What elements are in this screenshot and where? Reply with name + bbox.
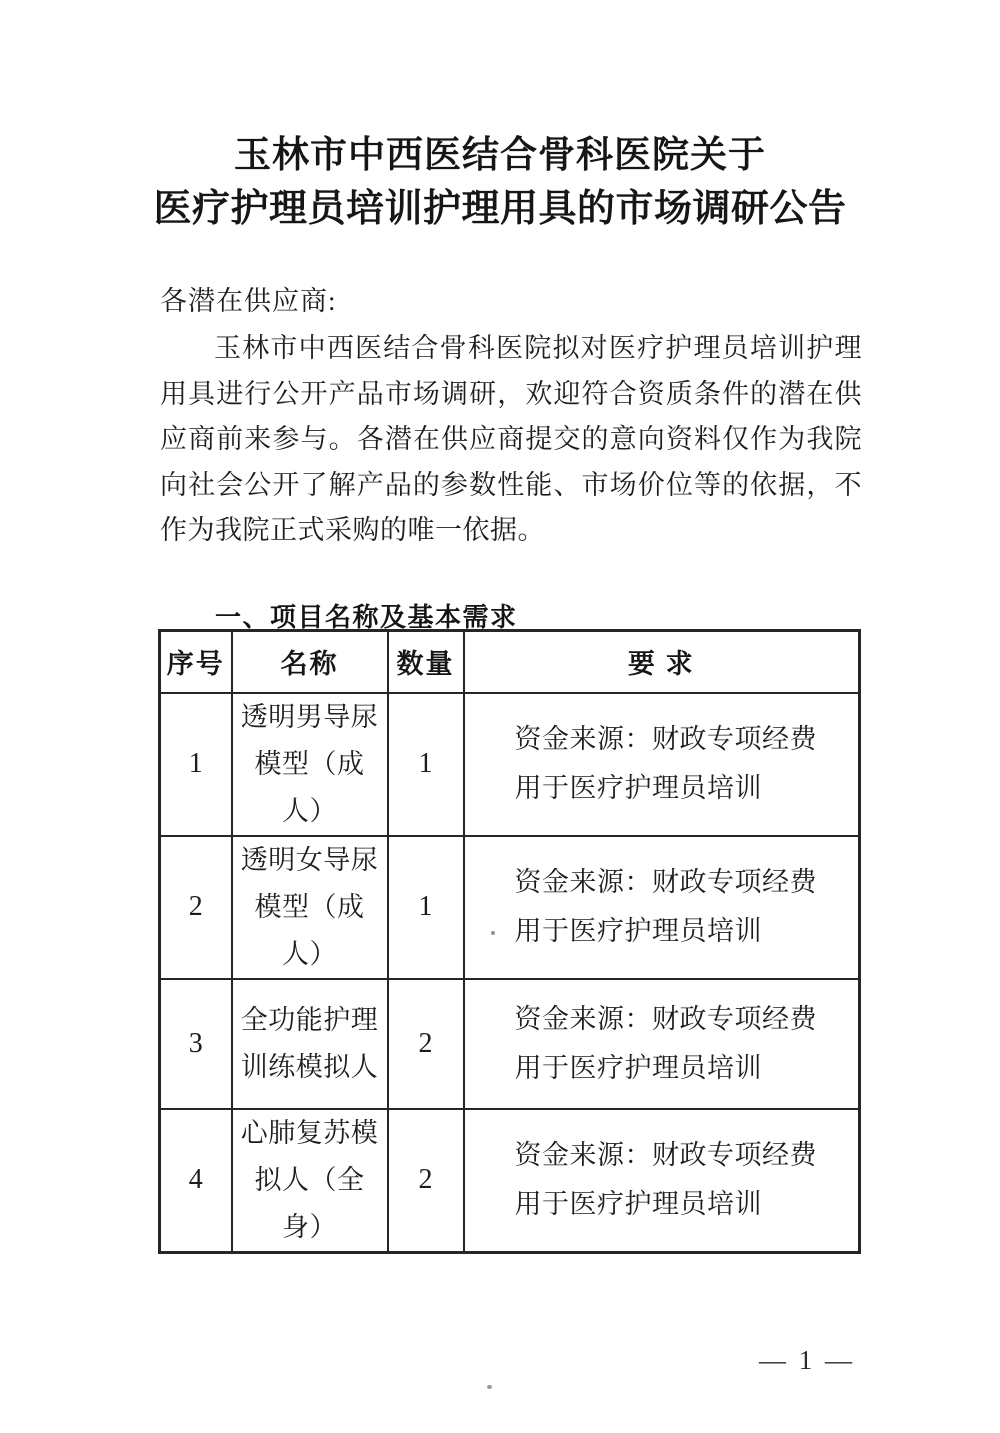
name-line-1: 透明男导尿 <box>235 694 385 741</box>
cell-qty: 2 <box>388 1109 464 1253</box>
cell-seq: 2 <box>160 836 232 979</box>
req-line-1: 资金来源：财政专项经费 <box>515 995 859 1044</box>
table-header-row: 序号 名称 数量 要 求 <box>160 631 860 693</box>
cell-seq: 1 <box>160 693 232 836</box>
cell-req: 资金来源：财政专项经费 用于医疗护理员培训 <box>464 693 860 836</box>
req-line-2: 用于医疗护理员培训 <box>515 1180 859 1229</box>
cell-name: 透明女导尿 模型（成人） <box>232 836 388 979</box>
cell-qty: 2 <box>388 979 464 1109</box>
document-title: 玉林市中西医结合骨科医院关于 医疗护理员培训护理用具的市场调研公告 <box>0 130 1000 236</box>
req-line-2: 用于医疗护理员培训 <box>515 1044 859 1093</box>
req-line-2: 用于医疗护理员培训 <box>515 764 859 813</box>
cell-req: 资金来源：财政专项经费 用于医疗护理员培训 <box>464 1109 860 1253</box>
req-line-2: 用于医疗护理员培训 <box>515 907 859 956</box>
header-seq: 序号 <box>160 631 232 693</box>
title-line-2: 医疗护理员培训护理用具的市场调研公告 <box>0 182 1000 236</box>
header-qty: 数量 <box>388 631 464 693</box>
cell-seq: 4 <box>160 1109 232 1253</box>
name-line-2: 训练模拟人 <box>235 1044 385 1091</box>
cell-qty: 1 <box>388 836 464 979</box>
name-line-2: 模型（成人） <box>235 741 385 835</box>
name-line-2: 模型（成人） <box>235 884 385 978</box>
scan-artifact-dot <box>487 1385 492 1389</box>
scan-artifact-dot <box>491 931 495 935</box>
header-req: 要 求 <box>464 631 860 693</box>
table-row: 3 全功能护理 训练模拟人 2 资金来源：财政专项经费 用于医疗护理员培训 <box>160 979 860 1109</box>
table-row: 4 心肺复苏模 拟人（全身） 2 资金来源：财政专项经费 用于医疗护理员培训 <box>160 1109 860 1253</box>
cell-req: 资金来源：财政专项经费 用于医疗护理员培训 <box>464 836 860 979</box>
body-paragraph: 玉林市中西医结合骨科医院拟对医疗护理员培训护理用具进行公开产品市场调研，欢迎符合… <box>160 326 862 554</box>
header-name: 名称 <box>232 631 388 693</box>
requirements-table: 序号 名称 数量 要 求 1 透明男导尿 模型（成人） 1 资金来源：财政专项经… <box>158 629 861 1254</box>
name-line-2: 拟人（全身） <box>235 1157 385 1251</box>
cell-req: 资金来源：财政专项经费 用于医疗护理员培训 <box>464 979 860 1109</box>
title-line-1: 玉林市中西医结合骨科医院关于 <box>0 130 1000 182</box>
document-page: 玉林市中西医结合骨科医院关于 医疗护理员培训护理用具的市场调研公告 各潜在供应商… <box>0 0 1000 1433</box>
cell-name: 全功能护理 训练模拟人 <box>232 979 388 1109</box>
salutation: 各潜在供应商: <box>160 279 337 318</box>
name-line-1: 心肺复苏模 <box>235 1110 385 1157</box>
cell-name: 心肺复苏模 拟人（全身） <box>232 1109 388 1253</box>
req-line-1: 资金来源：财政专项经费 <box>515 1131 859 1180</box>
page-number: — 1 — <box>0 1345 1000 1376</box>
table-row: 1 透明男导尿 模型（成人） 1 资金来源：财政专项经费 用于医疗护理员培训 <box>160 693 860 836</box>
table-row: 2 透明女导尿 模型（成人） 1 资金来源：财政专项经费 用于医疗护理员培训 <box>160 836 860 979</box>
cell-name: 透明男导尿 模型（成人） <box>232 693 388 836</box>
req-line-1: 资金来源：财政专项经费 <box>515 715 859 764</box>
name-line-1: 全功能护理 <box>235 997 385 1044</box>
req-line-1: 资金来源：财政专项经费 <box>515 858 859 907</box>
cell-seq: 3 <box>160 979 232 1109</box>
cell-qty: 1 <box>388 693 464 836</box>
name-line-1: 透明女导尿 <box>235 837 385 884</box>
